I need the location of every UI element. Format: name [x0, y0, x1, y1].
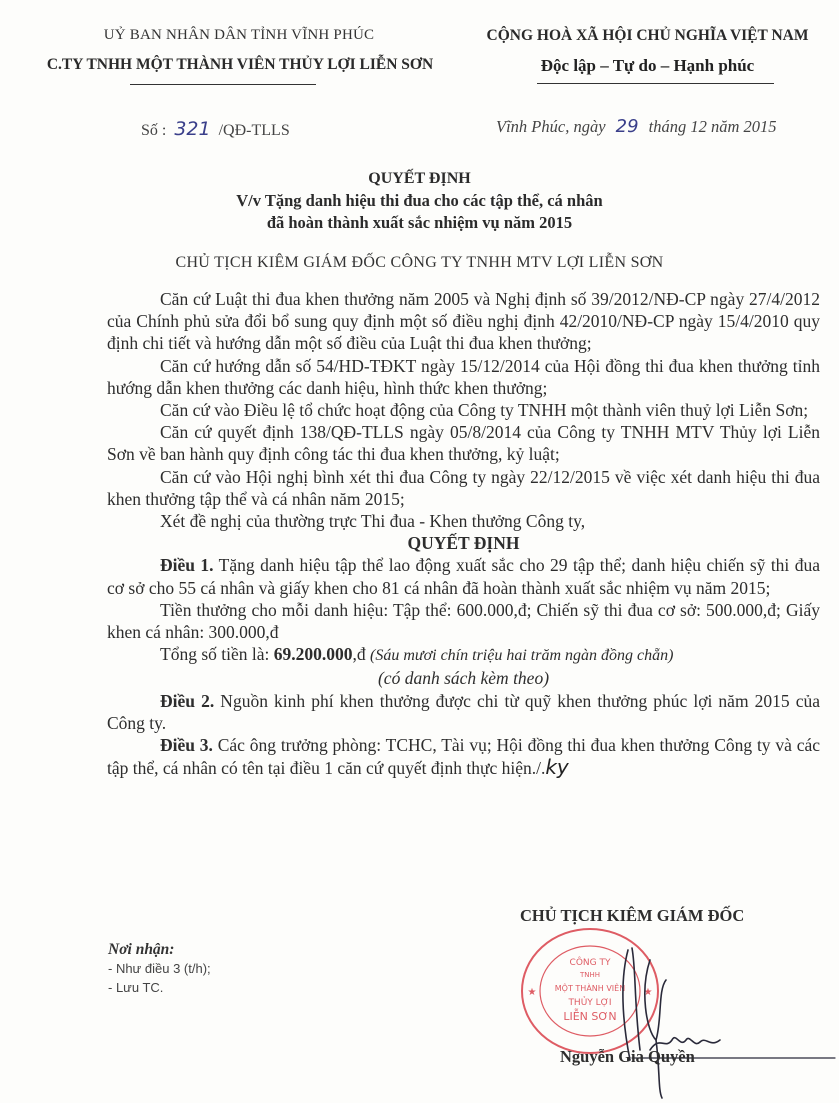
document-body: Căn cứ Luật thi đua khen thưởng năm 2005… — [107, 288, 820, 779]
total-unit: ,đ — [352, 644, 370, 664]
header-right-underline — [537, 83, 774, 84]
article-3-text: Các ông trưởng phòng: TCHC, Tài vụ; Hội … — [107, 735, 820, 778]
recipient-item: - Lưu TC. — [108, 980, 163, 995]
article-1: Điều 1. Tặng danh hiệu tập thể lao động … — [107, 554, 820, 598]
date-suffix: tháng 12 năm 2015 — [649, 117, 777, 136]
document-number-suffix: /QĐ-TLLS — [219, 122, 290, 139]
attachment-note-text: (có danh sách kèm theo) — [378, 668, 549, 688]
document-date: Vĩnh Phúc, ngày 29 tháng 12 năm 2015 — [496, 116, 777, 137]
header-company-name: C.TY TNHH MỘT THÀNH VIÊN THỦY LỢI LIỄN S… — [20, 56, 460, 74]
attachment-note: (có danh sách kèm theo) — [107, 667, 820, 689]
issuing-authority: CHỦ TỊCH KIÊM GIÁM ĐỐC CÔNG TY TNHH MTV … — [0, 254, 839, 272]
signatory-name: Nguyễn Gia Quyền — [560, 1047, 695, 1067]
document-number: Số : 321 /QĐ-TLLS — [141, 118, 290, 140]
preamble-clause: Căn cứ quyết định 138/QĐ-TLLS ngày 05/8/… — [107, 421, 820, 465]
article-3-label: Điều 3. — [160, 735, 213, 755]
svg-text:THỦY LỢI: THỦY LỢI — [567, 996, 611, 1008]
article-1-label: Điều 1. — [160, 555, 214, 575]
decision-heading: QUYẾT ĐỊNH — [107, 532, 820, 554]
header-provincial-committee: UỶ BAN NHÂN DÂN TỈNH VĨNH PHÚC — [79, 27, 399, 44]
article-1-total: Tổng số tiền là: 69.200.000,đ (Sáu mươi … — [107, 643, 820, 667]
header-motto: Độc lập – Tự do – Hạnh phúc — [460, 56, 835, 76]
preamble-clause: Căn cứ hướng dẫn số 54/HD-TĐKT ngày 15/1… — [107, 355, 820, 399]
total-amount: 69.200.000 — [274, 644, 353, 664]
svg-text:LIỄN SƠN: LIỄN SƠN — [563, 1008, 616, 1023]
document-subject-line-1: V/v Tặng danh hiệu thi đua cho các tập t… — [0, 191, 839, 211]
header-left-underline — [130, 84, 316, 85]
preamble-clause: Căn cứ Luật thi đua khen thưởng năm 2005… — [107, 288, 820, 355]
article-2-text: Nguồn kinh phí khen thưởng được chi từ q… — [107, 691, 820, 733]
total-prefix: Tổng số tiền là: — [160, 644, 274, 664]
recipients-title: Nơi nhận: — [108, 941, 174, 959]
svg-text:★: ★ — [528, 987, 537, 998]
article-2-label: Điều 2. — [160, 691, 214, 711]
document-number-handwritten: 321 — [170, 118, 214, 140]
svg-text:CÔNG TY: CÔNG TY — [570, 956, 611, 968]
preamble-clause: Căn cứ vào Điều lệ tổ chức hoạt động của… — [107, 399, 820, 421]
preamble-clause: Căn cứ vào Hội nghị bình xét thi đua Côn… — [107, 466, 820, 510]
initial-mark: ky — [545, 755, 568, 779]
handwritten-signature — [610, 940, 839, 1100]
article-3: Điều 3. Các ông trưởng phòng: TCHC, Tài … — [107, 734, 820, 779]
article-2: Điều 2. Nguồn kinh phí khen thưởng được … — [107, 690, 820, 734]
article-1-rewards: Tiền thưởng cho mỗi danh hiệu: Tập thể: … — [107, 599, 820, 643]
date-prefix: Vĩnh Phúc, ngày — [496, 117, 606, 136]
date-day-handwritten: 29 — [610, 116, 645, 137]
header-national-title: CỘNG HOÀ XÃ HỘI CHỦ NGHĨA VIỆT NAM — [460, 27, 835, 45]
document-subject-line-2: đã hoàn thành xuất sắc nhiệm vụ năm 2015 — [0, 213, 839, 233]
article-1-text: Tặng danh hiệu tập thể lao động xuất sắc… — [107, 555, 820, 597]
document-number-prefix: Số : — [141, 122, 166, 139]
total-in-words: (Sáu mươi chín triệu hai trăm ngàn đồng … — [370, 647, 673, 664]
preamble-clause: Xét đề nghị của thường trực Thi đua - Kh… — [107, 510, 820, 532]
svg-text:TNHH: TNHH — [579, 971, 600, 979]
signatory-title: CHỦ TỊCH KIÊM GIÁM ĐỐC — [520, 906, 744, 926]
recipient-item: - Như điều 3 (t/h); — [108, 961, 211, 976]
document-title: QUYẾT ĐỊNH — [0, 170, 839, 188]
